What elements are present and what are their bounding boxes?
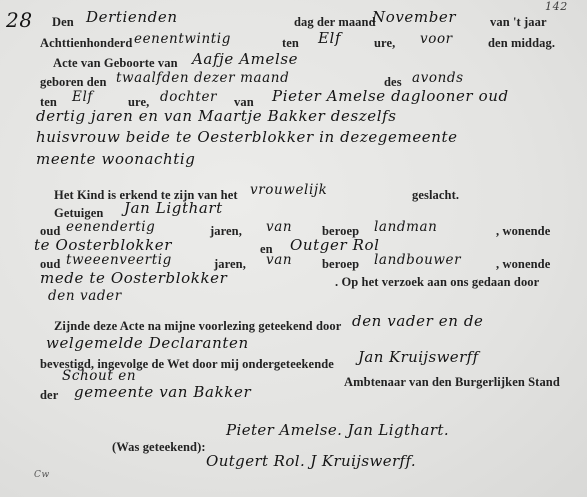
record-number: 28 (6, 8, 33, 32)
sex-value: vrouwelijk (250, 182, 327, 198)
witness-1-name: Jan Ligthart (124, 199, 223, 217)
label-acte: Acte van Geboorte van (53, 56, 178, 71)
hour-value: Elf (318, 29, 341, 47)
parent-details-line-3: meente woonachtig (36, 150, 196, 168)
label-wonende-2: , wonende (496, 257, 550, 272)
corner-annotation: 142 (545, 0, 568, 13)
born-day-value: twaalfden dezer maand (116, 70, 289, 86)
signatures-line-2: Outgert Rol. J Kruijswerff. (206, 452, 416, 470)
label-month: dag der maand (294, 15, 376, 30)
witness-1-age: eenendertig (66, 219, 155, 235)
part-of-day-value: avonds (412, 70, 464, 86)
child-name: Aafje Amelse (192, 50, 298, 68)
signers-value: den vader en de (352, 312, 484, 330)
label-year: van 't jaar (490, 15, 547, 30)
parent-details-line-1: dertig jaren en van Maartje Bakker desze… (36, 107, 397, 125)
month-value: November (372, 8, 456, 26)
father-info: Pieter Amelse daglooner oud (272, 87, 509, 105)
time-value: voor (420, 31, 453, 47)
parent-details-line-2: huisvrouw beide te Oesterblokker in deze… (36, 128, 458, 146)
witness-2-name: Outger Rol (290, 236, 380, 254)
label-ten: ten (282, 36, 299, 51)
label-was-signed: (Was geteekend): (112, 440, 206, 455)
label-midday: den middag. (488, 36, 555, 51)
label-born: geboren den (40, 75, 107, 90)
schout-value: Schout en (62, 368, 136, 384)
day-value: Dertienden (86, 8, 178, 26)
margin-initial: Cw (34, 470, 50, 480)
signatures-line-1: Pieter Amelse. Jan Ligthart. (226, 421, 449, 439)
label-official-title: Ambtenaar van den Burgerlijken Stand (344, 375, 560, 390)
label-ure: ure, (374, 36, 395, 51)
label-jaren-1: jaren, (210, 224, 242, 239)
label-wonende-1: , wonende (496, 224, 550, 239)
year-value: eenentwintig (134, 31, 231, 47)
label-beroep-2: beroep (322, 257, 359, 272)
witness-2-occupation: landbouwer (374, 252, 461, 268)
label-signed-by: Zijnde deze Acte na mijne voorlezing get… (54, 319, 341, 334)
official-name: Jan Kruijswerff (358, 348, 479, 366)
municipality-value: gemeente van Bakker (74, 383, 251, 401)
witness-1-van: van (266, 219, 292, 235)
witness-2-age: tweeenveertig (66, 252, 172, 268)
label-geslacht: geslacht. (412, 188, 459, 203)
label-request: . Op het verzoek aan ons gedaan door (335, 275, 539, 290)
label-century: Achttienhonderd (40, 36, 132, 51)
relation-value: dochter (160, 89, 217, 105)
witness-2-van: van (266, 252, 292, 268)
label-der: der (40, 388, 58, 403)
hour-value-2: Elf (72, 89, 93, 105)
witness-1-occupation: landman (374, 219, 437, 235)
birth-record-page: 28 142 Den Dertienden dag der maand Nove… (0, 0, 587, 497)
requester-value: den vader (48, 288, 122, 304)
label-den: Den (52, 15, 74, 30)
witness-2-residence: mede te Oosterblokker (40, 269, 227, 287)
declarants-value: welgemelde Declaranten (46, 334, 249, 352)
